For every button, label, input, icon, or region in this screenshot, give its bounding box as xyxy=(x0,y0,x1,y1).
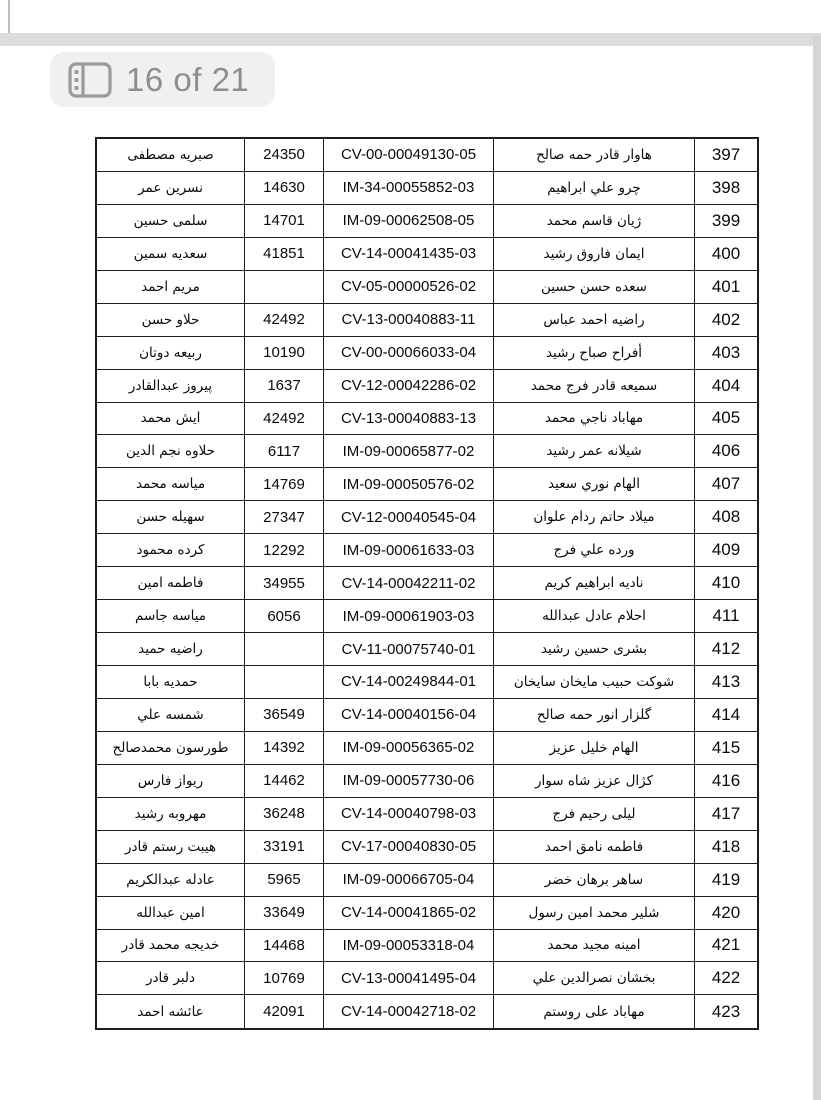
table-cell-name_right: احلام عادل عبدالله xyxy=(494,600,695,633)
table-cell-name_left: پيروز عبدالقادر xyxy=(97,370,245,403)
table-cell-no: 417 xyxy=(695,798,757,831)
table-cell-number: 42492 xyxy=(245,403,324,436)
table-cell-no: 405 xyxy=(695,403,757,436)
table-cell-name_left: ربيعه دوتان xyxy=(97,337,245,370)
table-cell-no: 406 xyxy=(695,435,757,468)
table-cell-name_left: شمسه علي xyxy=(97,699,245,732)
table-cell-number: 10190 xyxy=(245,337,324,370)
table-cell-number: 14392 xyxy=(245,732,324,765)
table-cell-no: 418 xyxy=(695,831,757,864)
table-cell-name_right: ژيان قاسم محمد xyxy=(494,205,695,238)
table-cell-name_left: حلاوه نجم الدين xyxy=(97,435,245,468)
table-cell-name_right: الهام خليل عزيز xyxy=(494,732,695,765)
table-cell-name_right: چرو علي ابراهيم xyxy=(494,172,695,205)
table-cell-no: 410 xyxy=(695,567,757,600)
table-cell-code: IM-09-00061633-03 xyxy=(324,534,494,567)
table-cell-number: 41851 xyxy=(245,238,324,271)
table-cell-no: 407 xyxy=(695,468,757,501)
table-cell-code: CV-14-00249844-01 xyxy=(324,666,494,699)
table-cell-no: 414 xyxy=(695,699,757,732)
table-cell-no: 402 xyxy=(695,304,757,337)
table-cell-name_right: ميلاد حاتم ردام علوان xyxy=(494,501,695,534)
table-cell-name_right: سعده حسن حسين xyxy=(494,271,695,304)
table-cell-no: 419 xyxy=(695,864,757,897)
thumbnails-sidebar-icon xyxy=(68,62,112,98)
table-cell-name_left: كرده محمود xyxy=(97,534,245,567)
table-cell-no: 412 xyxy=(695,633,757,666)
table-cell-code: IM-09-00062508-05 xyxy=(324,205,494,238)
table-cell-code: IM-09-00050576-02 xyxy=(324,468,494,501)
table-cell-name_right: أفراح صباح رشيد xyxy=(494,337,695,370)
table-cell-name_left: عادله عبدالكريم xyxy=(97,864,245,897)
table-cell-code: IM-09-00056365-02 xyxy=(324,732,494,765)
table-cell-code: CV-13-00041495-04 xyxy=(324,962,494,995)
table-cell-name_left: سلمى حسين xyxy=(97,205,245,238)
table-cell-name_left: ريواز فارس xyxy=(97,765,245,798)
table-cell-code: CV-11-00075740-01 xyxy=(324,633,494,666)
table-cell-number: 14769 xyxy=(245,468,324,501)
table-cell-name_right: بشرى حسين رشيد xyxy=(494,633,695,666)
table-cell-number: 6117 xyxy=(245,435,324,468)
page-indicator-label: 16 of 21 xyxy=(126,61,249,99)
table-cell-name_right: سميعه قادر فرج محمد xyxy=(494,370,695,403)
table-cell-no: 397 xyxy=(695,139,757,172)
table-cell-name_right: مهاباد على روستم xyxy=(494,995,695,1028)
table-cell-number: 6056 xyxy=(245,600,324,633)
table-cell-name_left: دلبر قادر xyxy=(97,962,245,995)
table-cell-name_right: گلزار انور حمه صالح xyxy=(494,699,695,732)
table-cell-number: 24350 xyxy=(245,139,324,172)
table-cell-name_right: ورده علي فرج xyxy=(494,534,695,567)
table-cell-code: IM-09-00066705-04 xyxy=(324,864,494,897)
table-cell-number: 33191 xyxy=(245,831,324,864)
table-cell-code: CV-13-00040883-11 xyxy=(324,304,494,337)
table-cell-no: 404 xyxy=(695,370,757,403)
table-cell-name_right: ساهر برهان خضر xyxy=(494,864,695,897)
table-cell-name_right: شيلانه عمر رشيد xyxy=(494,435,695,468)
table-cell-no: 423 xyxy=(695,995,757,1028)
table-cell-name_right: شلير محمد امين رسول xyxy=(494,897,695,930)
table-cell-name_left: سهيله حسن xyxy=(97,501,245,534)
table-cell-no: 422 xyxy=(695,962,757,995)
table-cell-code: CV-14-00042718-02 xyxy=(324,995,494,1028)
table-cell-name_right: شوكت حبيب مايخان سايخان xyxy=(494,666,695,699)
table-cell-name_left: صبريه مصطفى xyxy=(97,139,245,172)
table-cell-no: 420 xyxy=(695,897,757,930)
table-cell-no: 399 xyxy=(695,205,757,238)
table-cell-name_right: امينه مجيد محمد xyxy=(494,930,695,963)
table-cell-name_left: حمديه بابا xyxy=(97,666,245,699)
table-cell-code: CV-14-00041865-02 xyxy=(324,897,494,930)
table-cell-name_right: بخشان نصرالدين علي xyxy=(494,962,695,995)
table-cell-no: 421 xyxy=(695,930,757,963)
table-cell-number: 36549 xyxy=(245,699,324,732)
table-cell-name_left: عائشه احمد xyxy=(97,995,245,1028)
table-cell-no: 415 xyxy=(695,732,757,765)
table-cell-name_left: حلاو حسن xyxy=(97,304,245,337)
table-cell-code: CV-14-00040156-04 xyxy=(324,699,494,732)
table-cell-number xyxy=(245,666,324,699)
table-cell-number: 10769 xyxy=(245,962,324,995)
page-indicator-chip[interactable]: 16 of 21 xyxy=(50,52,275,107)
table-cell-number: 34955 xyxy=(245,567,324,600)
table-cell-code: CV-05-00000526-02 xyxy=(324,271,494,304)
table-cell-name_right: كژال عزيز شاه سوار xyxy=(494,765,695,798)
table-cell-number: 14468 xyxy=(245,930,324,963)
table-cell-code: CV-17-00040830-05 xyxy=(324,831,494,864)
previous-page-bottom xyxy=(0,0,821,33)
table-cell-name_right: ناديه ابراهيم كريم xyxy=(494,567,695,600)
table-cell-number: 33649 xyxy=(245,897,324,930)
table-cell-code: CV-14-00041435-03 xyxy=(324,238,494,271)
table-cell-code: IM-09-00061903-03 xyxy=(324,600,494,633)
table-cell-code: CV-14-00040798-03 xyxy=(324,798,494,831)
table-cell-number: 27347 xyxy=(245,501,324,534)
table-cell-number: 36248 xyxy=(245,798,324,831)
table-cell-no: 416 xyxy=(695,765,757,798)
table-cell-no: 398 xyxy=(695,172,757,205)
table-cell-code: CV-12-00042286-02 xyxy=(324,370,494,403)
table-cell-no: 408 xyxy=(695,501,757,534)
table-cell-name_left: راضيه حميد xyxy=(97,633,245,666)
table-cell-no: 400 xyxy=(695,238,757,271)
table-cell-name_left: نسرين عمر xyxy=(97,172,245,205)
viewport-edge-strip xyxy=(813,36,821,1100)
table-cell-code: IM-09-00053318-04 xyxy=(324,930,494,963)
table-cell-name_left: مياسه محمد xyxy=(97,468,245,501)
table-cell-name_right: الهام نوري سعيد xyxy=(494,468,695,501)
page-separator xyxy=(0,33,821,46)
table-cell-number: 14462 xyxy=(245,765,324,798)
table-cell-number xyxy=(245,633,324,666)
table-cell-code: CV-00-00049130-05 xyxy=(324,139,494,172)
table-cell-no: 401 xyxy=(695,271,757,304)
table-cell-code: IM-09-00057730-06 xyxy=(324,765,494,798)
table-cell-name_left: مهروبه رشيد xyxy=(97,798,245,831)
table-cell-number: 42492 xyxy=(245,304,324,337)
table-cell-name_left: فاطمه امين xyxy=(97,567,245,600)
table-cell-number: 42091 xyxy=(245,995,324,1028)
table-cell-number: 5965 xyxy=(245,864,324,897)
table-cell-name_left: سعديه سمين xyxy=(97,238,245,271)
table-cell-number: 1637 xyxy=(245,370,324,403)
table-cell-number: 12292 xyxy=(245,534,324,567)
table-cell-name_left: هيبت رستم قادر xyxy=(97,831,245,864)
table-cell-number xyxy=(245,271,324,304)
table-cell-name_left: امين عبدالله xyxy=(97,897,245,930)
document-table: صبريه مصطفى24350CV-00-00049130-05هاوار ق… xyxy=(95,137,759,1030)
table-cell-name_right: فاطمه نامق احمد xyxy=(494,831,695,864)
table-cell-no: 413 xyxy=(695,666,757,699)
table-cell-no: 411 xyxy=(695,600,757,633)
table-cell-name_right: هاوار قادر حمه صالح xyxy=(494,139,695,172)
table-cell-code: IM-34-00055852-03 xyxy=(324,172,494,205)
table-cell-name_left: خديجه محمد قادر xyxy=(97,930,245,963)
table-cell-name_right: ليلى رحيم فرج xyxy=(494,798,695,831)
table-cell-name_left: طورسون محمدصالح xyxy=(97,732,245,765)
table-cell-name_left: مريم احمد xyxy=(97,271,245,304)
table-cell-no: 409 xyxy=(695,534,757,567)
table-cell-code: CV-14-00042211-02 xyxy=(324,567,494,600)
table-cell-name_left: ايش محمد xyxy=(97,403,245,436)
table-cell-code: CV-00-00066033-04 xyxy=(324,337,494,370)
table-cell-code: IM-09-00065877-02 xyxy=(324,435,494,468)
table-cell-no: 403 xyxy=(695,337,757,370)
table-cell-name_right: راضيه احمد عباس xyxy=(494,304,695,337)
table-cell-number: 14701 xyxy=(245,205,324,238)
table-cell-number: 14630 xyxy=(245,172,324,205)
table-cell-name_right: مهاباد ناجي محمد xyxy=(494,403,695,436)
table-cell-name_left: مياسه جاسم xyxy=(97,600,245,633)
previous-page-border xyxy=(8,0,10,33)
table-cell-code: CV-12-00040545-04 xyxy=(324,501,494,534)
table-cell-name_right: ايمان فاروق رشيد xyxy=(494,238,695,271)
table-cell-code: CV-13-00040883-13 xyxy=(324,403,494,436)
